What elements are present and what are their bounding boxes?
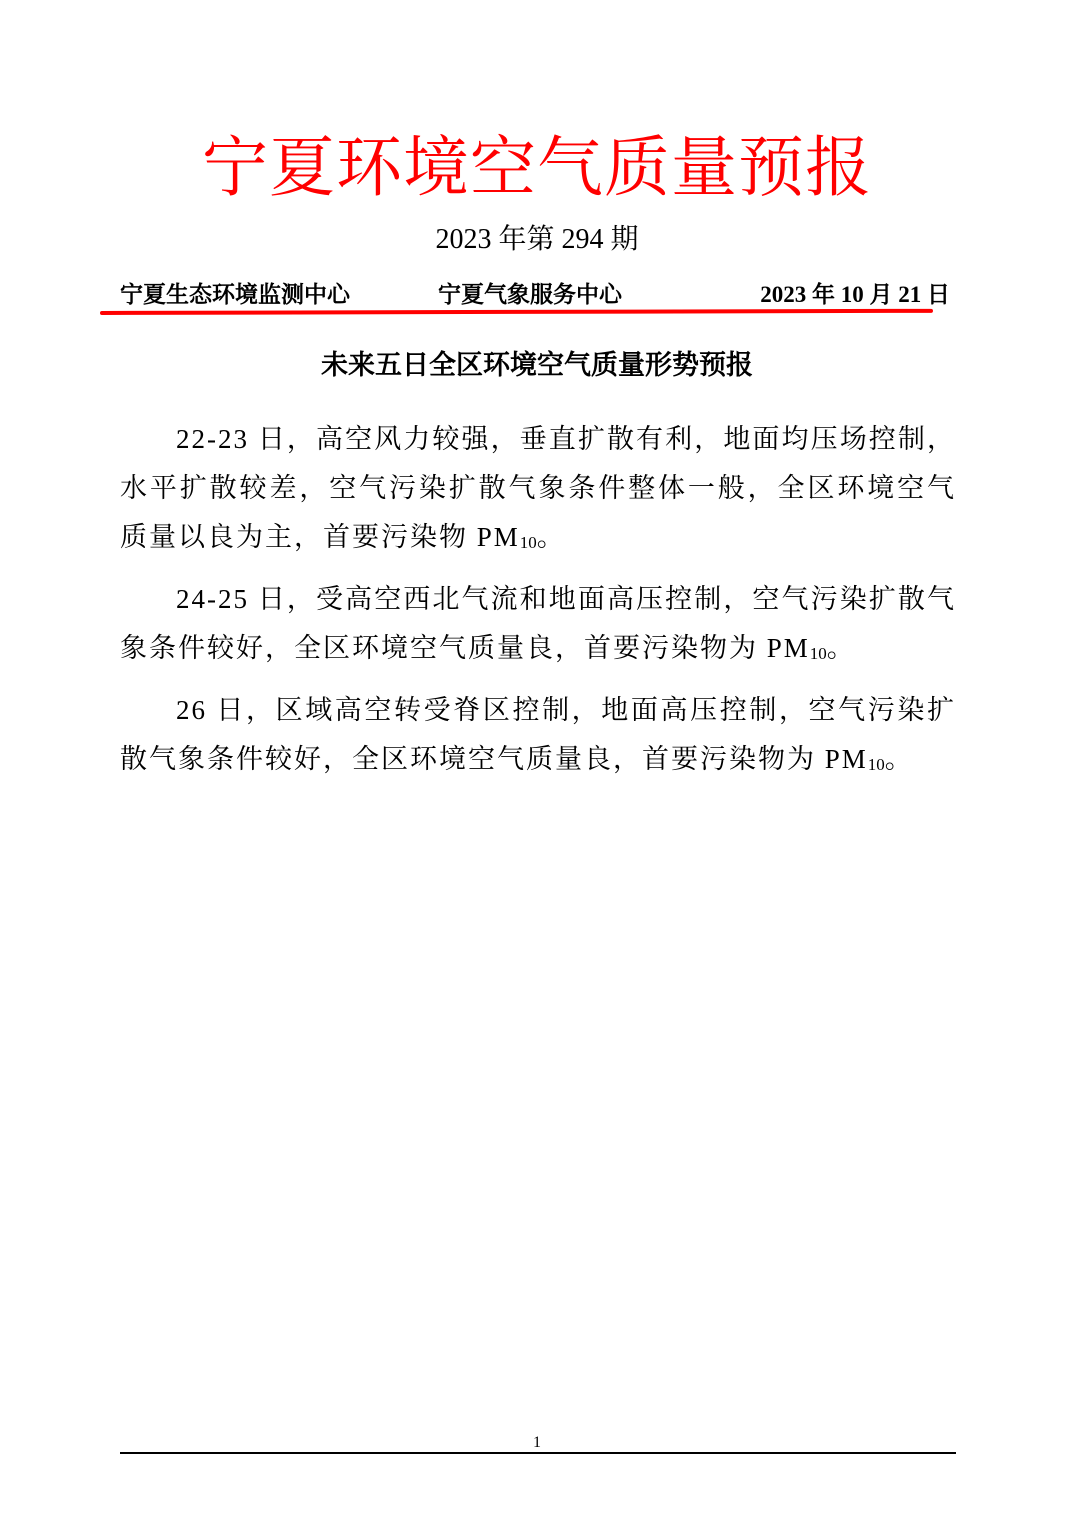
publish-date: 2023 年 10 月 21 日 xyxy=(760,279,950,311)
publisher-meteorological-center: 宁夏气象服务中心 xyxy=(438,279,622,311)
forecast-paragraph-24-25: 24-25 日，受高空西北气流和地面高压控制，空气污染扩散气象条件较好，全区环境… xyxy=(120,575,956,678)
masthead-title: 宁夏环境空气质量预报 xyxy=(0,128,1074,208)
pm-subscript: 10 xyxy=(810,644,827,663)
red-divider-line xyxy=(100,309,933,315)
footer-divider-line xyxy=(120,1452,956,1454)
issue-number: 2023 年第 294 期 xyxy=(0,220,1074,260)
pm-subscript: 10 xyxy=(520,533,537,552)
paragraph-end: 。 xyxy=(885,744,914,774)
publisher-row: 宁夏生态环境监测中心 宁夏气象服务中心 2023 年 10 月 21 日 xyxy=(120,279,950,311)
pm-subscript: 10 xyxy=(868,755,885,774)
paragraph-text: 26 日，区域高空转受脊区控制，地面高压控制，空气污染扩散气象条件较好，全区环境… xyxy=(120,695,956,774)
forecast-paragraph-22-23: 22-23 日，高空风力较强，垂直扩散有利，地面均压场控制，水平扩散较差，空气污… xyxy=(120,415,956,567)
paragraph-end: 。 xyxy=(827,633,856,663)
forecast-paragraph-26: 26 日，区域高空转受脊区控制，地面高压控制，空气污染扩散气象条件较好，全区环境… xyxy=(120,686,956,789)
publisher-environment-center: 宁夏生态环境监测中心 xyxy=(120,279,350,311)
forecast-body: 22-23 日，高空风力较强，垂直扩散有利，地面均压场控制，水平扩散较差，空气污… xyxy=(120,415,956,797)
page-number: 1 xyxy=(0,1433,1074,1453)
document-page: 宁夏环境空气质量预报 2023 年第 294 期 宁夏生态环境监测中心 宁夏气象… xyxy=(0,0,1074,1520)
section-heading: 未来五日全区环境空气质量形势预报 xyxy=(0,345,1074,385)
paragraph-end: 。 xyxy=(537,522,566,552)
